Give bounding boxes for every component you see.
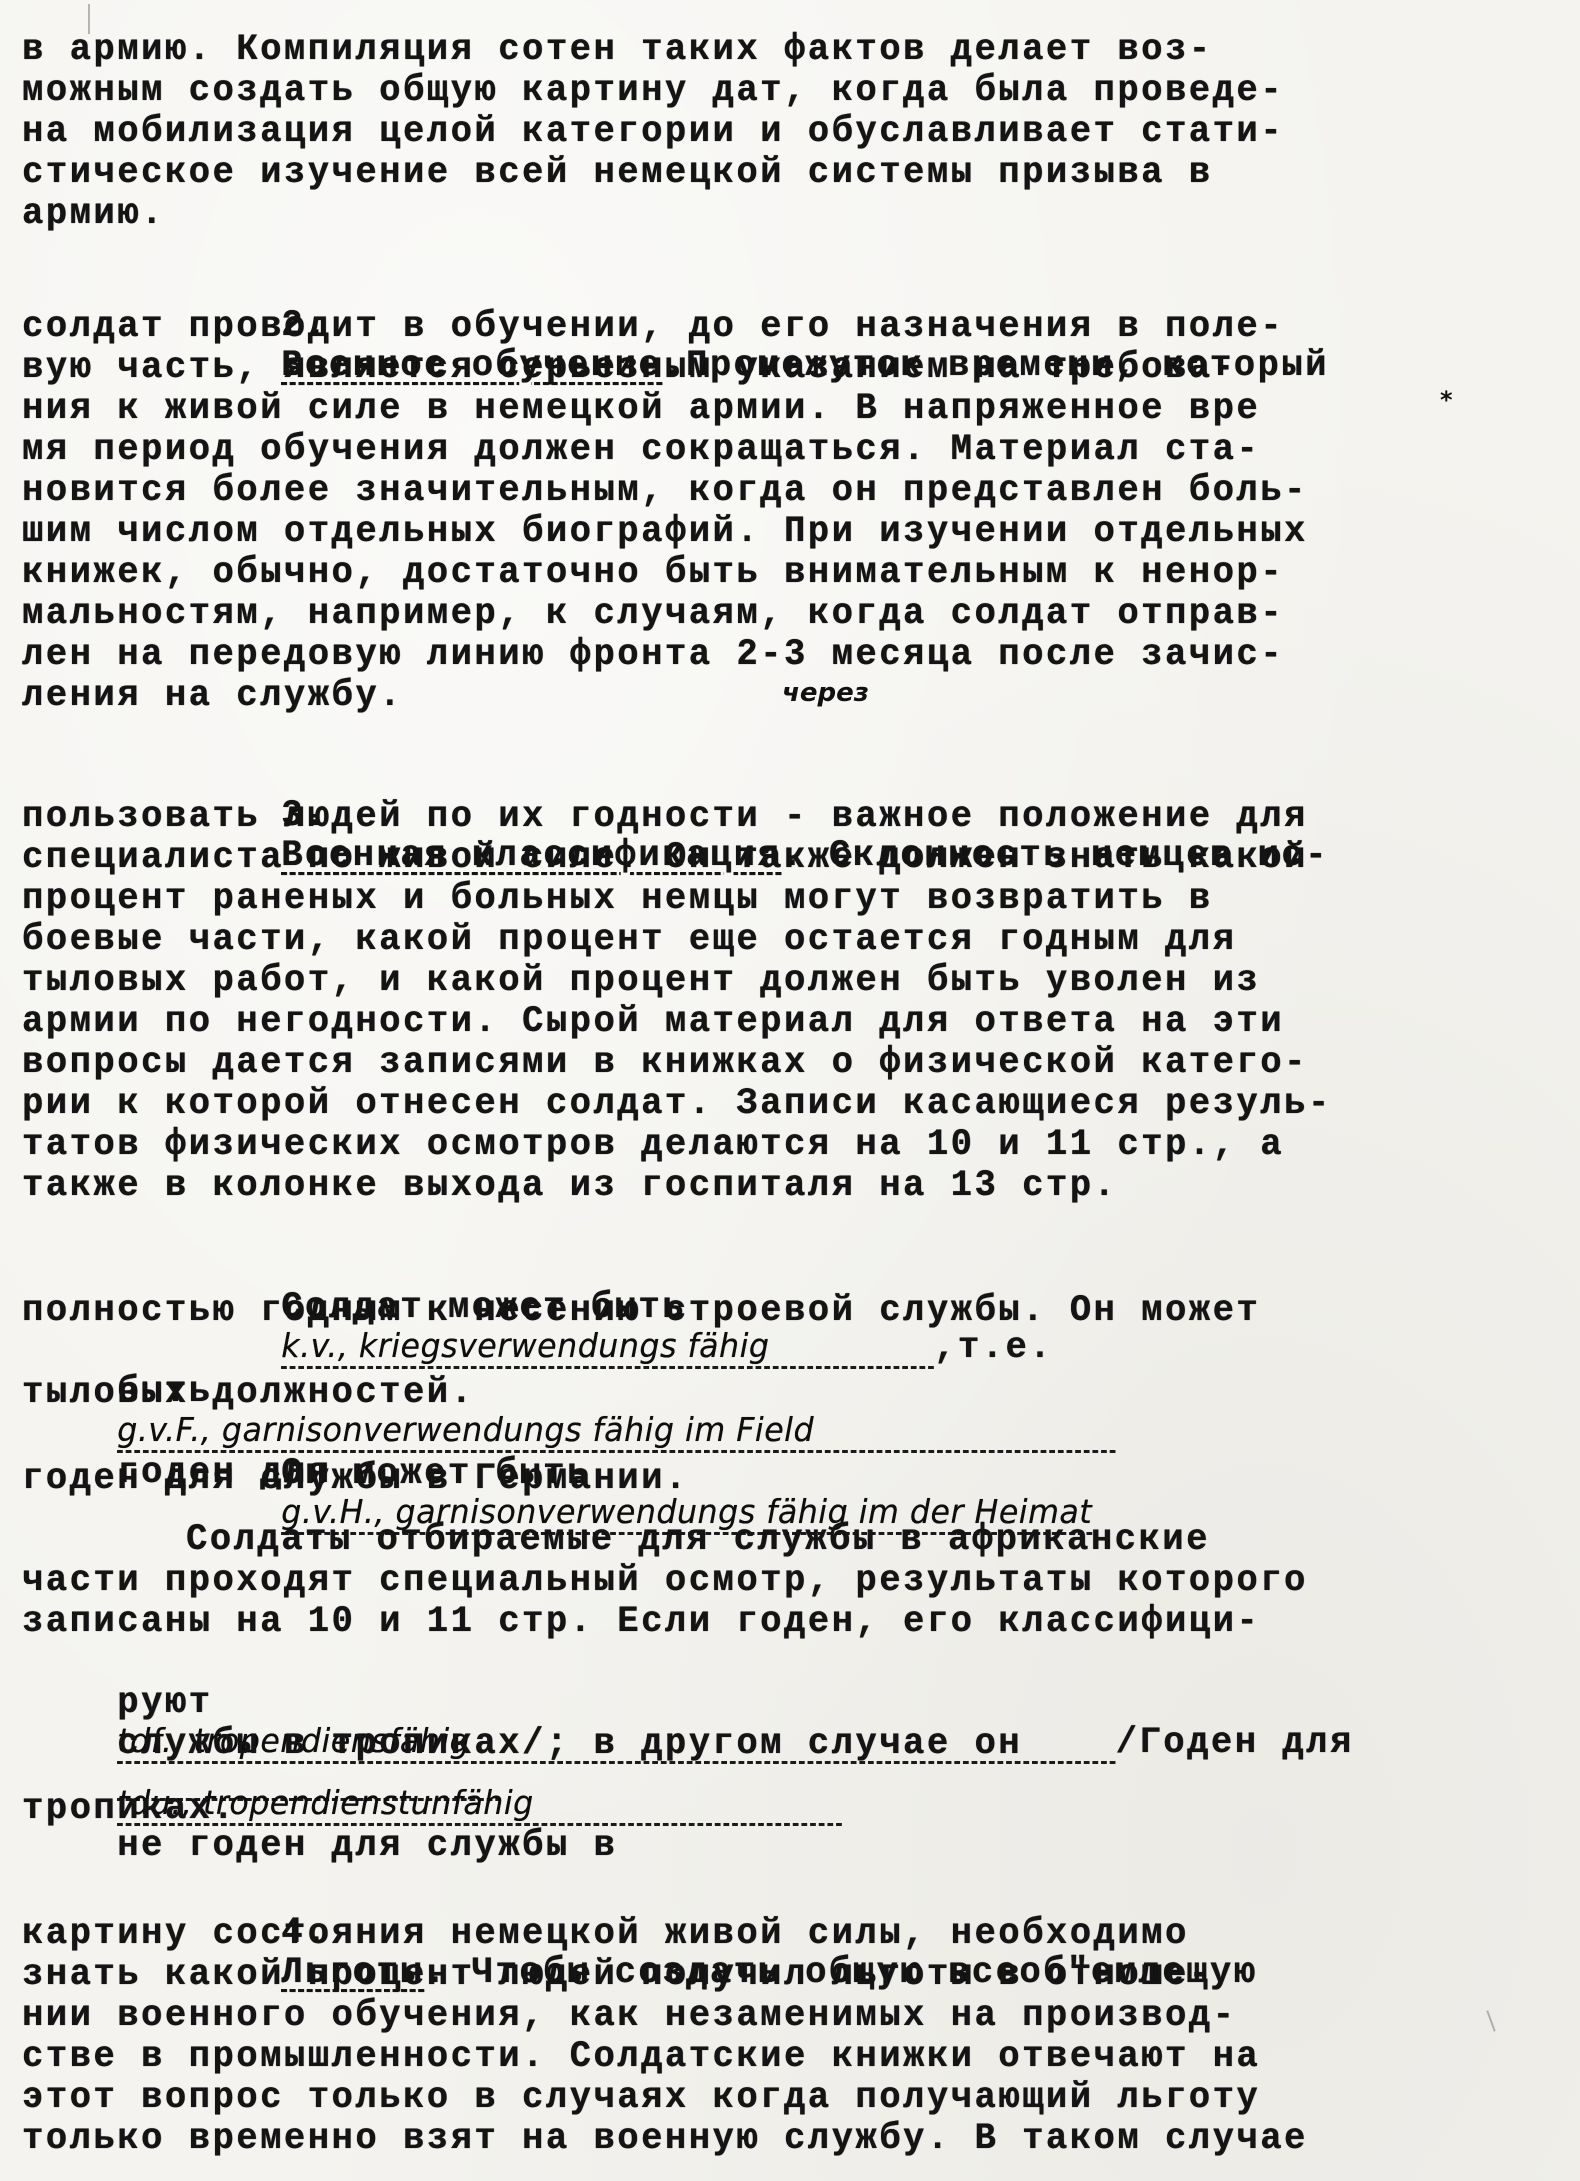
text-line: татов физических осмотров делаются на 10… bbox=[22, 1125, 1284, 1165]
text-line: на мобилизация целой категории и обуслав… bbox=[22, 112, 1284, 152]
text-line: годен для службы в Германии. bbox=[22, 1459, 689, 1499]
text-line: стве в промышленности. Солдатские книжки… bbox=[22, 2037, 1260, 2077]
text-line: мя период обучения должен сокращаться. М… bbox=[22, 430, 1260, 470]
text-line: армию. bbox=[22, 194, 165, 234]
text-line: части проходят специальный осмотр, резул… bbox=[22, 1561, 1308, 1601]
handwritten-insert: через bbox=[782, 678, 869, 708]
text-run: /Годен для bbox=[1116, 1722, 1354, 1764]
text-line: пользовать людей по их годности - важное… bbox=[22, 797, 1308, 837]
text-line: тыловых должностей. bbox=[22, 1373, 474, 1413]
asterisk-mark: * bbox=[1440, 386, 1453, 414]
text-line: картину состояния немецкой живой силы, н… bbox=[22, 1914, 1189, 1954]
text-line: стическое изучение всей немецкой системы… bbox=[22, 153, 1213, 193]
text-line: в армию. Компиляция сотен таких фактов д… bbox=[22, 30, 1213, 70]
text-line: этот вопрос только в случаях когда получ… bbox=[22, 2078, 1260, 2118]
text-line: нии военного обучения, как незаменимых н… bbox=[22, 1996, 1236, 2036]
text-line: солдат проводит в обучении, до его назна… bbox=[22, 307, 1284, 347]
paper-mark bbox=[1486, 2010, 1495, 2031]
text-line: можным создать общую картину дат, когда … bbox=[22, 71, 1284, 111]
text-line: тропиках. bbox=[22, 1789, 236, 1829]
text-line: ления на службу. bbox=[22, 676, 403, 716]
text-line: тыловых работ, и какой процент должен бы… bbox=[22, 961, 1260, 1001]
text-line: рии к которой отнесен солдат. Записи кас… bbox=[22, 1084, 1332, 1124]
text-line: лен на передовую линию фронта 2-3 месяца… bbox=[22, 635, 1284, 675]
text-line: вопросы дается записями в книжках о физи… bbox=[22, 1043, 1308, 1083]
text-line: Солдаты отбираемые для службы в африканс… bbox=[186, 1520, 1210, 1560]
document-page: в армию. Компиляция сотен таких фактов д… bbox=[0, 0, 1580, 2181]
text-line: книжек, обычно, достаточно быть внимател… bbox=[22, 553, 1284, 593]
text-run: не годен для службы в bbox=[117, 1825, 617, 1867]
text-line: шим числом отдельных биографий. При изуч… bbox=[22, 512, 1308, 552]
text-line: вую часть, является серьезным указанием … bbox=[22, 348, 1236, 388]
text-line: ния к живой силе в немецкой армии. В нап… bbox=[22, 389, 1260, 429]
paper-mark bbox=[88, 4, 90, 34]
text-line: знать какой процент людей получил льготы… bbox=[22, 1955, 1213, 1995]
text-line: армии по негодности. Сырой материал для … bbox=[22, 1002, 1284, 1042]
text-line: мальностям, например, к случаям, когда с… bbox=[22, 594, 1284, 634]
text-line: только временно взят на военную службу. … bbox=[22, 2119, 1308, 2159]
text-line: боевые части, какой процент еще остается… bbox=[22, 920, 1236, 960]
text-line: полностью годным к несению строевой служ… bbox=[22, 1291, 1260, 1331]
text-line: записаны на 10 и 11 стр. Если годен, его… bbox=[22, 1602, 1260, 1642]
text-line: специалиста по живой силе. Он также долж… bbox=[22, 838, 1308, 878]
text-line: новится более значительным, когда он пре… bbox=[22, 471, 1308, 511]
text-line: также в колонке выхода из госпиталя на 1… bbox=[22, 1166, 1117, 1206]
text-line: процент раненых и больных немцы могут во… bbox=[22, 879, 1213, 919]
